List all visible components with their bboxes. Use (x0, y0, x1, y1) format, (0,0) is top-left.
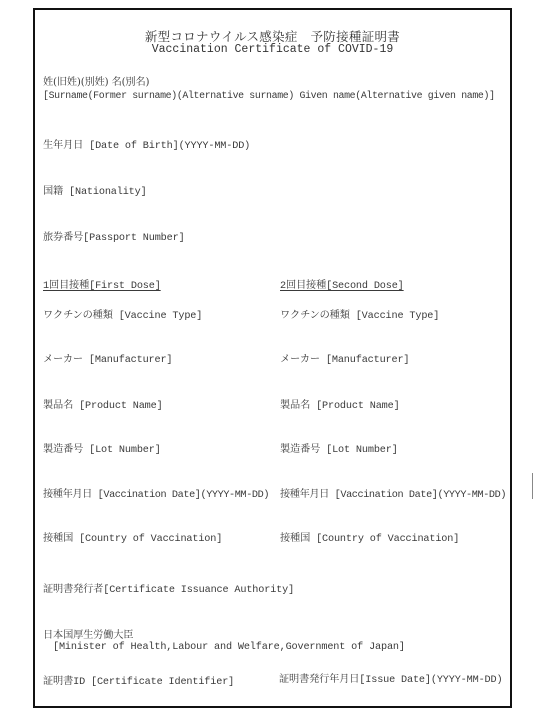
first-dose-product-name: 製品名 [Product Name] (43, 396, 163, 412)
certificate-id-label: 証明書ID [Certificate Identifier] (43, 672, 234, 688)
certificate-page: 新型コロナウイルス感染症 予防接種証明書 Vaccination Certifi… (33, 8, 512, 708)
first-dose-vaccine-type: ワクチンの種類 [Vaccine Type] (43, 306, 202, 322)
name-label-en: [Surname(Former surname)(Alternative sur… (43, 90, 495, 101)
issue-date-label: 証明書発行年月日[Issue Date](YYYY-MM-DD) (279, 670, 502, 686)
nationality-label: 国籍 [Nationality] (43, 182, 147, 198)
second-dose-vaccination-date: 接種年月日 [Vaccination Date](YYYY-MM-DD) (280, 485, 506, 501)
second-dose-product-name: 製品名 [Product Name] (280, 396, 400, 412)
second-dose-manufacturer: メーカー [Manufacturer] (280, 350, 409, 366)
second-dose-vaccine-type: ワクチンの種類 [Vaccine Type] (280, 306, 439, 322)
first-dose-manufacturer: メーカー [Manufacturer] (43, 350, 172, 366)
title-english: Vaccination Certificate of COVID-19 (35, 43, 510, 56)
name-label-jp: 姓(旧姓)(別姓) 名(別名) (43, 73, 149, 88)
first-dose-country: 接種国 [Country of Vaccination] (43, 529, 222, 545)
second-dose-country: 接種国 [Country of Vaccination] (280, 529, 459, 545)
first-dose-lot-number: 製造番号 [Lot Number] (43, 440, 161, 456)
passport-label: 旅券番号[Passport Number] (43, 228, 185, 244)
issuance-authority-jp: 日本国厚生労働大臣 (43, 626, 133, 641)
page-edge-marker (532, 473, 533, 499)
issuance-authority-en: [Minister of Health,Labour and Welfare,G… (53, 642, 405, 653)
second-dose-lot-number: 製造番号 [Lot Number] (280, 440, 398, 456)
dob-label: 生年月日 [Date of Birth](YYYY-MM-DD) (43, 136, 250, 152)
issuance-authority-label: 証明書発行者[Certificate Issuance Authority] (43, 580, 294, 596)
second-dose-header: 2回目接種[Second Dose] (280, 276, 404, 292)
first-dose-header: 1回目接種[First Dose] (43, 276, 161, 292)
first-dose-vaccination-date: 接種年月日 [Vaccination Date](YYYY-MM-DD) (43, 485, 269, 501)
